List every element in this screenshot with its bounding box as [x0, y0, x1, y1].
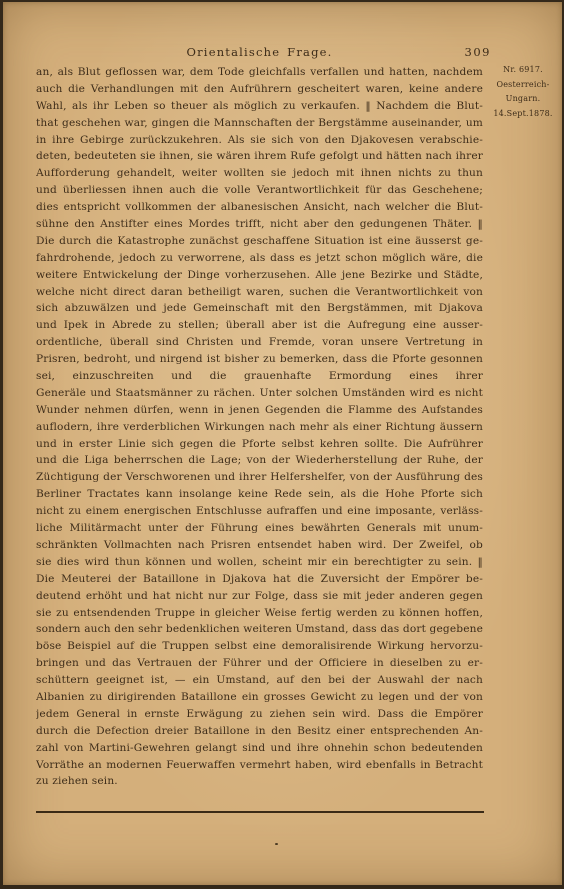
- body-line: sei, einzuschreiten und die grauenhafte …: [36, 368, 483, 385]
- body-line: Wunder nehmen dürfen, wenn in jenen Gege…: [36, 402, 483, 419]
- body-line: Generäle und Staatsmänner zu rächen. Unt…: [36, 385, 483, 402]
- body-line: liche Militärmacht unter der Führung ein…: [36, 520, 483, 537]
- body-line: auch die Verhandlungen mit den Aufrührer…: [36, 81, 483, 98]
- body-line: zahl von Martini-Gewehren gelangt sind u…: [36, 740, 483, 757]
- body-line: sich abzuwälzen und jede Gemeinschaft mi…: [36, 300, 483, 317]
- body-text: an, als Blut geflossen war, dem Tode gle…: [36, 64, 483, 790]
- body-line: und die Liga beherrschen die Lage; von d…: [36, 452, 483, 469]
- ink-speck: [275, 843, 278, 845]
- margin-note: Nr. 6917.Oesterreich-Ungarn.14.Sept.1878…: [484, 63, 562, 121]
- body-line: und Ipek in Abrede zu stellen; überall a…: [36, 317, 483, 334]
- body-line: Die Meuterei der Bataillone in Djakova h…: [36, 571, 483, 588]
- body-line: ordentliche, überall sind Christen und F…: [36, 334, 483, 351]
- body-line: dies entspricht vollkommen der albanesis…: [36, 199, 483, 216]
- margin-note-line: 14.Sept.1878.: [484, 107, 562, 122]
- page-header: Orientalische Frage. 309: [36, 45, 483, 62]
- body-line: deutend erhöht und hat nicht nur zur Fol…: [36, 588, 483, 605]
- body-line: sie dies wird thun können und wollen, sc…: [36, 554, 483, 571]
- body-line: sondern auch den sehr bedenklichen weite…: [36, 621, 483, 638]
- margin-note-line: Oesterreich-: [484, 78, 562, 93]
- body-line: weitere Entwickelung der Dinge vorherzus…: [36, 267, 483, 284]
- body-line: durch die Defection dreier Bataillone in…: [36, 723, 483, 740]
- body-line: jedem General in ernste Erwägung zu zieh…: [36, 706, 483, 723]
- body-line: welche nicht direct daran betheiligt war…: [36, 284, 483, 301]
- body-line: und überliessen ihnen auch die volle Ver…: [36, 182, 483, 199]
- body-line: deten, bedeuteten sie ihnen, sie wären i…: [36, 148, 483, 165]
- body-line: Albanien zu dirigirenden Bataillone ein …: [36, 689, 483, 706]
- body-line: fahrdrohende, jedoch zu verworrene, als …: [36, 250, 483, 267]
- body-line: böse Beispiel auf die Truppen selbst ein…: [36, 638, 483, 655]
- body-line: schüttern geeignet ist, — ein Umstand, a…: [36, 672, 483, 689]
- body-line: Die durch die Katastrophe zunächst gesch…: [36, 233, 483, 250]
- page-title: Orientalische Frage.: [36, 45, 483, 59]
- page-number: 309: [465, 45, 491, 59]
- body-line: Vorräthe an modernen Feuerwaffen vermehr…: [36, 757, 483, 774]
- body-line: Aufforderung gehandelt, weiter wollten s…: [36, 165, 483, 182]
- body-line: sie zu entsendenden Truppe in gleicher W…: [36, 605, 483, 622]
- book-page-scan: Orientalische Frage. 309 Nr. 6917.Oester…: [0, 0, 564, 889]
- body-line: an, als Blut geflossen war, dem Tode gle…: [36, 64, 483, 81]
- body-line: nicht zu einem energischen Entschlusse a…: [36, 503, 483, 520]
- body-line: that geschehen war, gingen die Mannschaf…: [36, 115, 483, 132]
- body-line: schränkten Vollmachten nach Prisren ents…: [36, 537, 483, 554]
- body-line: und in erster Linie sich gegen die Pfort…: [36, 436, 483, 453]
- body-line: bringen und das Vertrauen der Führer und…: [36, 655, 483, 672]
- body-line: in ihre Gebirge zurückzukehren. Als sie …: [36, 132, 483, 149]
- section-divider-rule: [36, 811, 484, 813]
- margin-note-line: Nr. 6917.: [484, 63, 562, 78]
- body-line: zu ziehen sein.: [36, 773, 483, 790]
- margin-note-line: Ungarn.: [484, 92, 562, 107]
- body-line: auflodern, ihre verderblichen Wirkungen …: [36, 419, 483, 436]
- body-line: Berliner Tractates kann insolange keine …: [36, 486, 483, 503]
- body-line: Züchtigung der Verschworenen und ihrer H…: [36, 469, 483, 486]
- body-line: sühne den Anstifter eines Mordes trifft,…: [36, 216, 483, 233]
- body-line: Wahl, als ihr Leben so theuer als möglic…: [36, 98, 483, 115]
- body-line: Prisren, bedroht, und nirgend ist bisher…: [36, 351, 483, 368]
